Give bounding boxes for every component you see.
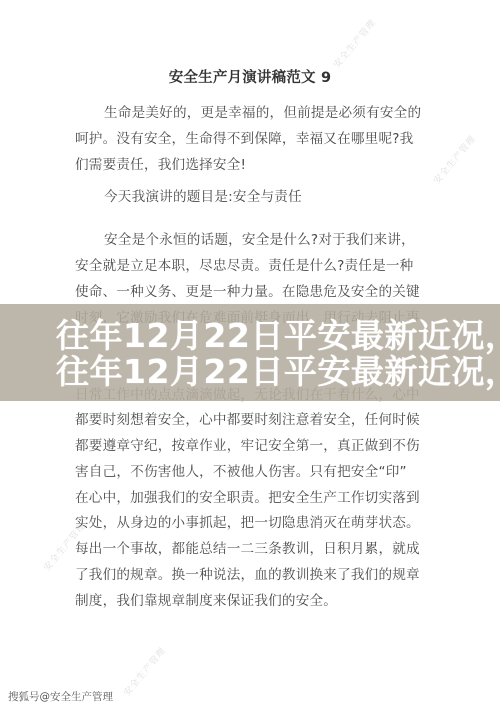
paragraph-line: 们需要责任，我们选择安全! <box>75 156 427 174</box>
source-watermark: 搜狐号@安全生产管理 <box>8 689 113 704</box>
paragraph-line: 在心中，加强我们的安全职责。把安全生产工作切实落到 <box>75 489 427 507</box>
diagonal-watermark: 安全生产管理 <box>430 132 479 186</box>
topic-line: 今天我演讲的题目是:安全与责任 <box>104 188 427 206</box>
headline-overlay-line-1: 往年12月22日平安最新近况， <box>56 318 496 354</box>
paragraph-line: 呵护。没有安全，生命得不到保障，幸福又在哪里呢?我 <box>75 130 427 148</box>
document-title: 安全生产月演讲稿范文 9 <box>0 66 500 87</box>
paragraph-line: 都要遵章守纪，按章作业，牢记安全第一，真正做到不伤 <box>75 437 427 455</box>
paragraph-line: 了我们的规章。换一种说法，血的教训换来了我们的规章 <box>75 566 427 584</box>
document-page: 安全生产管理 安全生产管理 安全生产管理 安全生产管理 安全生产月演讲稿范文 9… <box>0 0 500 707</box>
paragraph-line: 制度，我们靠规章制度来保证我们的安全。 <box>75 592 427 610</box>
paragraph-line: 安全就是立足本职，尽忠尽责。责任是什么?责任是一种 <box>75 257 427 275</box>
paragraph-line: 害自己，不伤害他人，不被他人伤害。只有把安全“印” <box>75 463 427 481</box>
diagonal-watermark: 安全生产管理 <box>120 644 169 698</box>
paragraph-line: 生命是美好的，更是幸福的，但前提是必须有安全的 <box>104 104 427 122</box>
diagonal-watermark: 安全生产管理 <box>330 16 379 70</box>
paragraph-line: 每出一个事故，都能总结一二三条教训，日积月累，就成 <box>75 540 427 558</box>
paragraph-line: 都要时刻想着安全，心中都要时刻注意着安全，任何时候 <box>75 411 427 429</box>
paragraph-line: 安全是个永恒的话题，安全是什么?对于我们来讲， <box>104 231 427 249</box>
paragraph-line: 使命、一种义务、更是一种力量。在隐患危及安全的关键 <box>75 283 427 301</box>
paragraph-line: 实处，从身边的小事抓起，把一切隐患消灭在萌芽状态。 <box>75 514 427 532</box>
headline-overlay-line-2: 往年12月22日平安最新近况， <box>56 354 496 390</box>
